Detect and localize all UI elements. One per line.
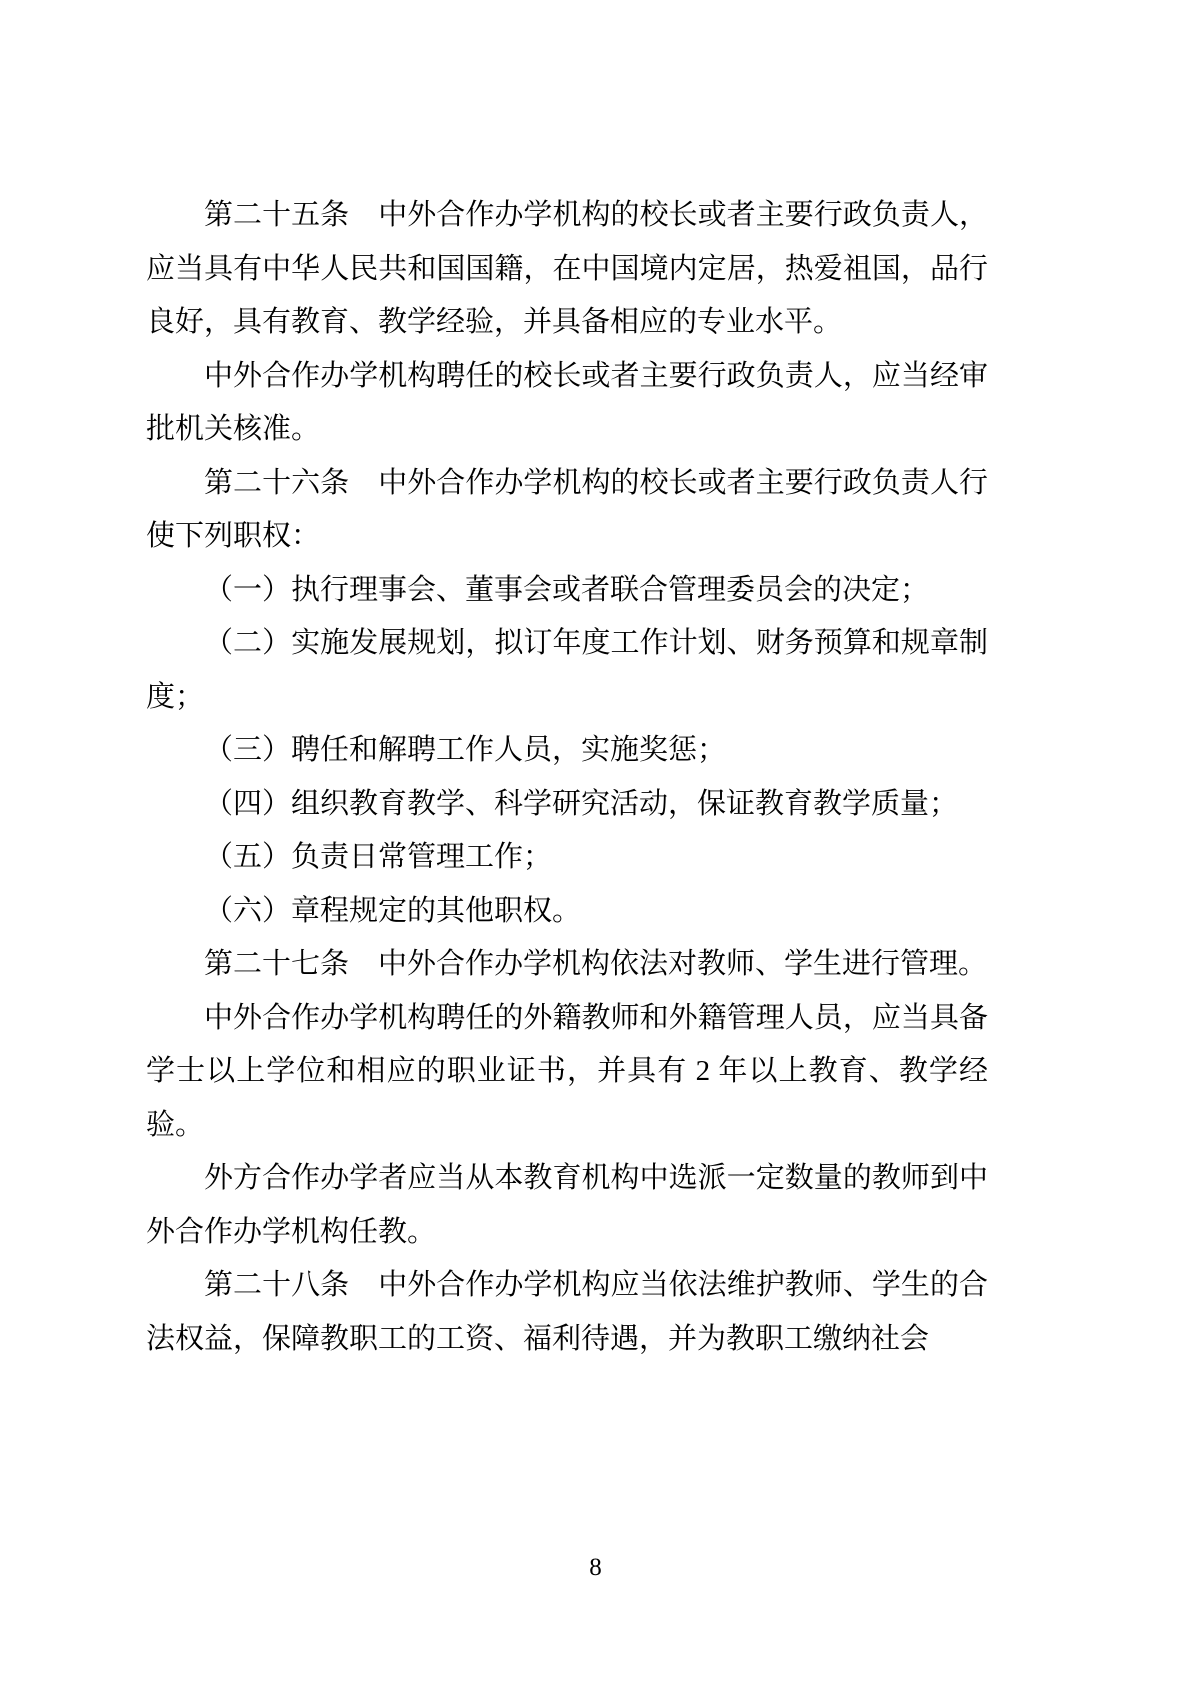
paragraph-article-26-item-1: （一）执行理事会、董事会或者联合管理委员会的决定； <box>146 564 988 618</box>
paragraph-article-26-item-2: （二）实施发展规划，拟订年度工作计划、财务预算和规章制度； <box>146 617 988 724</box>
paragraph-article-26-item-4: （四）组织教育教学、科学研究活动，保证教育教学质量； <box>146 778 988 832</box>
paragraph-article-26: 第二十六条 中外合作办学机构的校长或者主要行政负责人行使下列职权： <box>146 457 988 564</box>
page-number: 8 <box>0 1552 1191 1584</box>
document-page: 第二十五条 中外合作办学机构的校长或者主要行政负责人，应当具有中华人民共和国国籍… <box>0 0 1191 1684</box>
paragraph-article-27-foreign-staff: 中外合作办学机构聘任的外籍教师和外籍管理人员，应当具备学士以上学位和相应的职业证… <box>146 992 988 1153</box>
paragraph-article-26-item-3: （三）聘任和解聘工作人员，实施奖惩； <box>146 724 988 778</box>
paragraph-article-25-approval: 中外合作办学机构聘任的校长或者主要行政负责人，应当经审批机关核准。 <box>146 350 988 457</box>
paragraph-article-27: 第二十七条 中外合作办学机构依法对教师、学生进行管理。 <box>146 938 988 992</box>
paragraph-article-26-item-6: （六）章程规定的其他职权。 <box>146 885 988 939</box>
document-body: 第二十五条 中外合作办学机构的校长或者主要行政负责人，应当具有中华人民共和国国籍… <box>146 189 988 1366</box>
paragraph-article-27-teacher-dispatch: 外方合作办学者应当从本教育机构中选派一定数量的教师到中外合作办学机构任教。 <box>146 1152 988 1259</box>
paragraph-article-25: 第二十五条 中外合作办学机构的校长或者主要行政负责人，应当具有中华人民共和国国籍… <box>146 189 988 350</box>
paragraph-article-26-item-5: （五）负责日常管理工作； <box>146 831 988 885</box>
paragraph-article-28: 第二十八条 中外合作办学机构应当依法维护教师、学生的合法权益，保障教职工的工资、… <box>146 1259 988 1366</box>
